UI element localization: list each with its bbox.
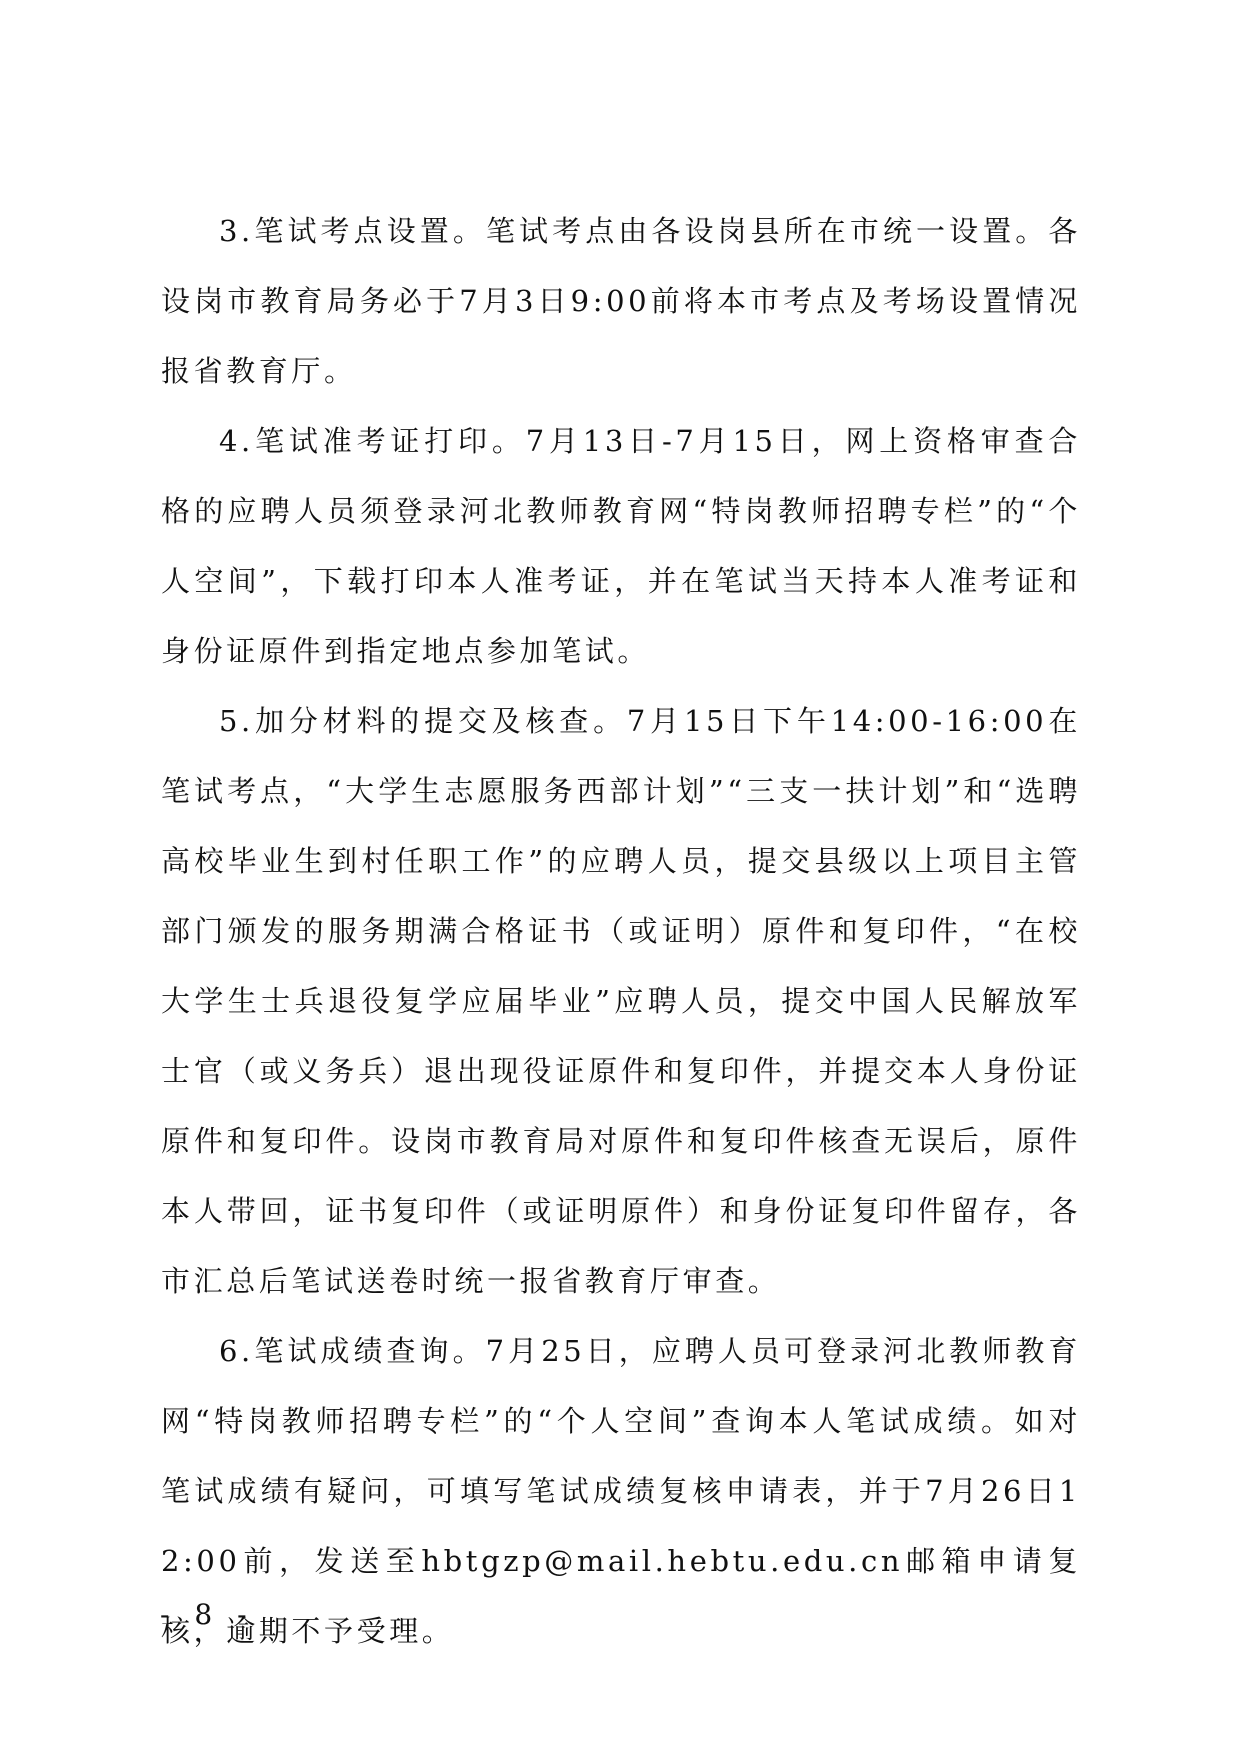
document-page: 3.笔试考点设置。笔试考点由各设岗县所在市统一设置。各设岗市教育局务必于7月3日… xyxy=(0,0,1241,1755)
paragraph-bonus-materials-submission: 5.加分材料的提交及核查。7月15日下午14:00-16:00在笔试考点，“大学… xyxy=(161,686,1081,1316)
body-text: 3.笔试考点设置。笔试考点由各设岗县所在市统一设置。各设岗市教育局务必于7月3日… xyxy=(161,196,1081,1666)
paragraph-exam-venue-setup: 3.笔试考点设置。笔试考点由各设岗县所在市统一设置。各设岗市教育局务必于7月3日… xyxy=(161,196,1081,406)
page-number: - 8 - xyxy=(160,1598,255,1631)
paragraph-admission-ticket-printing: 4.笔试准考证打印。7月13日-7月15日，网上资格审查合格的应聘人员须登录河北… xyxy=(161,406,1081,686)
paragraph-score-inquiry: 6.笔试成绩查询。7月25日，应聘人员可登录河北教师教育网“特岗教师招聘专栏”的… xyxy=(161,1316,1081,1666)
